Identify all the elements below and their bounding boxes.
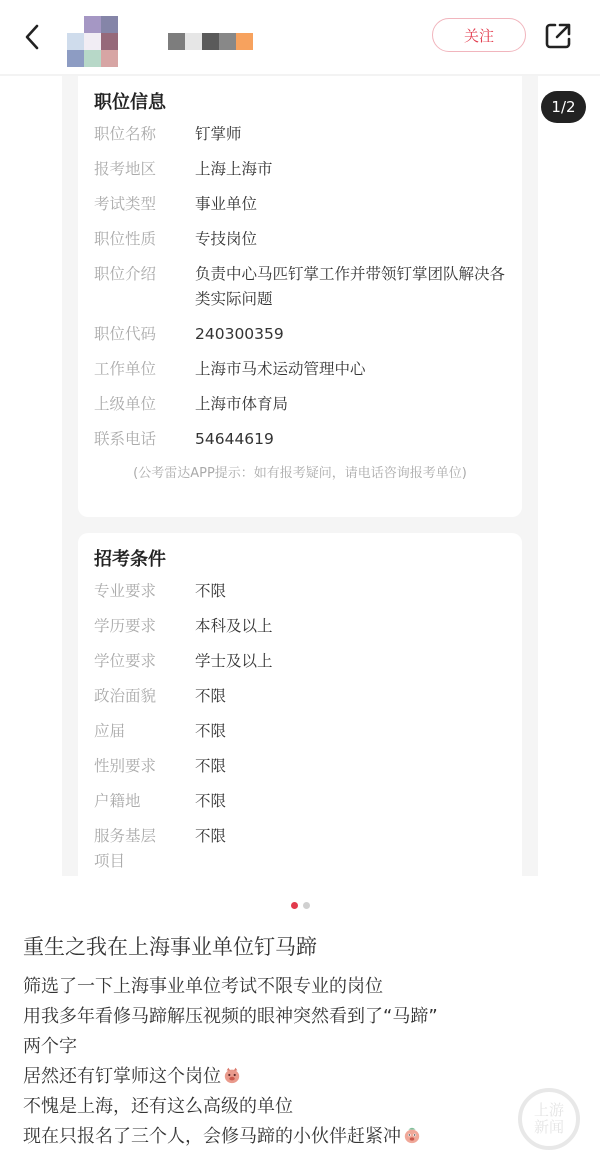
requirements-card: 招考条件 专业要求不限学历要求本科及以上学位要求学士及以上政治面貌不限应届不限性… bbox=[78, 533, 522, 876]
pig-face-emoji-icon bbox=[223, 1066, 241, 1084]
carousel-dot-1[interactable] bbox=[291, 902, 298, 909]
post-line: 用我多年看修马蹄解压视频的眼神突然看到了“马蹄” bbox=[23, 1002, 583, 1032]
avatar-pixel bbox=[67, 16, 84, 33]
info-row: 考试类型事业单位 bbox=[94, 192, 506, 217]
avatar[interactable] bbox=[67, 16, 118, 67]
info-row: 职位介绍负责中心马匹钉掌工作并带领钉掌团队解决各类实际问题 bbox=[94, 262, 506, 312]
username-pixel bbox=[168, 33, 185, 50]
info-row: 学历要求本科及以上 bbox=[94, 614, 506, 639]
info-row: 上级单位上海市体育局 bbox=[94, 392, 506, 417]
post-title: 重生之我在上海事业单位钉马蹄 bbox=[23, 932, 317, 962]
info-row-label: 学位要求 bbox=[94, 649, 195, 674]
info-row-label: 性别要求 bbox=[94, 754, 195, 779]
share-button[interactable] bbox=[540, 18, 576, 54]
position-info-title: 职位信息 bbox=[94, 90, 506, 116]
info-row: 政治面貌不限 bbox=[94, 684, 506, 709]
info-row-value: 不限 bbox=[195, 789, 506, 814]
info-row-label: 上级单位 bbox=[94, 392, 195, 417]
avatar-pixel bbox=[67, 50, 84, 67]
info-row: 职位代码240300359 bbox=[94, 322, 506, 347]
info-row-value: 专技岗位 bbox=[195, 227, 506, 252]
requirements-title: 招考条件 bbox=[94, 547, 506, 573]
info-row-value: 不限 bbox=[195, 719, 506, 744]
avatar-pixel bbox=[101, 50, 118, 67]
back-button[interactable] bbox=[18, 20, 46, 54]
info-row-value: 不限 bbox=[195, 754, 506, 779]
avatar-pixel bbox=[84, 50, 101, 67]
pig-face-emoji-icon bbox=[403, 1126, 421, 1144]
info-row-value: 240300359 bbox=[195, 322, 506, 347]
follow-button[interactable]: 关注 bbox=[432, 18, 526, 52]
carousel-dot-2[interactable] bbox=[303, 902, 310, 909]
position-info-card: 职位信息 职位名称钉掌师报考地区上海上海市考试类型事业单位职位性质专技岗位职位介… bbox=[78, 76, 522, 517]
info-row: 服务基层项目不限 bbox=[94, 824, 506, 874]
info-row-value: 不限 bbox=[195, 684, 506, 709]
avatar-pixel bbox=[67, 33, 84, 50]
post-line: 不愧是上海，还有这么高级的单位 bbox=[23, 1092, 583, 1122]
info-row-label: 服务基层项目 bbox=[94, 824, 162, 874]
avatar-pixel bbox=[84, 16, 101, 33]
info-row-label: 考试类型 bbox=[94, 192, 195, 217]
info-row-label: 专业要求 bbox=[94, 579, 195, 604]
info-row-label: 政治面貌 bbox=[94, 684, 195, 709]
info-row-label: 报考地区 bbox=[94, 157, 195, 182]
post-line: 现在只报名了三个人，会修马蹄的小伙伴赶紧冲 bbox=[23, 1122, 583, 1152]
post-body: 筛选了一下上海事业单位考试不限专业的岗位 用我多年看修马蹄解压视频的眼神突然看到… bbox=[23, 972, 583, 1152]
info-row-label: 工作单位 bbox=[94, 357, 195, 382]
carousel-dots bbox=[0, 902, 600, 910]
info-row-label: 职位名称 bbox=[94, 122, 195, 147]
info-row-label: 职位代码 bbox=[94, 322, 195, 347]
avatar-pixel bbox=[101, 33, 118, 50]
info-row-value: 本科及以上 bbox=[195, 614, 506, 639]
info-row: 学位要求学士及以上 bbox=[94, 649, 506, 674]
avatar-pixel bbox=[101, 16, 118, 33]
info-row-value: 上海市体育局 bbox=[195, 392, 506, 417]
info-row-label: 学历要求 bbox=[94, 614, 195, 639]
info-row: 职位性质专技岗位 bbox=[94, 227, 506, 252]
avatar-pixel bbox=[84, 33, 101, 50]
app-tip-note: (公考雷达APP提示：如有报考疑问，请电话咨询报考单位) bbox=[94, 462, 506, 481]
info-row-value: 不限 bbox=[195, 579, 506, 604]
username-pixel bbox=[219, 33, 236, 50]
info-row-value: 上海市马术运动管理中心 bbox=[195, 357, 506, 382]
info-row: 工作单位上海市马术运动管理中心 bbox=[94, 357, 506, 382]
info-row: 联系电话54644619 bbox=[94, 427, 506, 452]
info-row-label: 联系电话 bbox=[94, 427, 195, 452]
info-row: 报考地区上海上海市 bbox=[94, 157, 506, 182]
info-row-label: 职位性质 bbox=[94, 227, 195, 252]
share-external-icon bbox=[543, 21, 573, 51]
info-row-value: 不限 bbox=[195, 824, 506, 874]
username-pixel bbox=[236, 33, 253, 50]
info-row-label: 职位介绍 bbox=[94, 262, 195, 312]
info-row: 专业要求不限 bbox=[94, 579, 506, 604]
watermark-logo: 上游 新闻 bbox=[518, 1088, 580, 1150]
info-row: 户籍地不限 bbox=[94, 789, 506, 814]
image-pager-badge: 1/2 bbox=[541, 91, 586, 123]
top-bar: 关注 bbox=[0, 0, 600, 76]
info-row: 职位名称钉掌师 bbox=[94, 122, 506, 147]
post-line: 两个字 bbox=[23, 1032, 583, 1062]
image-carousel[interactable]: 职位信息 职位名称钉掌师报考地区上海上海市考试类型事业单位职位性质专技岗位职位介… bbox=[62, 76, 538, 876]
username-pixelated[interactable] bbox=[168, 33, 253, 50]
info-row-value: 学士及以上 bbox=[195, 649, 506, 674]
username-pixel bbox=[202, 33, 219, 50]
info-row-label: 应届 bbox=[94, 719, 195, 744]
info-row-value: 负责中心马匹钉掌工作并带领钉掌团队解决各类实际问题 bbox=[195, 262, 506, 312]
info-row-value: 钉掌师 bbox=[195, 122, 506, 147]
info-row-label: 户籍地 bbox=[94, 789, 195, 814]
info-row: 应届不限 bbox=[94, 719, 506, 744]
info-row-value: 54644619 bbox=[195, 427, 506, 452]
chevron-left-icon bbox=[24, 24, 40, 50]
post-line: 居然还有钉掌师这个岗位 bbox=[23, 1062, 583, 1092]
info-row-value: 事业单位 bbox=[195, 192, 506, 217]
post-line: 筛选了一下上海事业单位考试不限专业的岗位 bbox=[23, 972, 583, 1002]
info-row-value: 上海上海市 bbox=[195, 157, 506, 182]
info-row: 性别要求不限 bbox=[94, 754, 506, 779]
username-pixel bbox=[185, 33, 202, 50]
